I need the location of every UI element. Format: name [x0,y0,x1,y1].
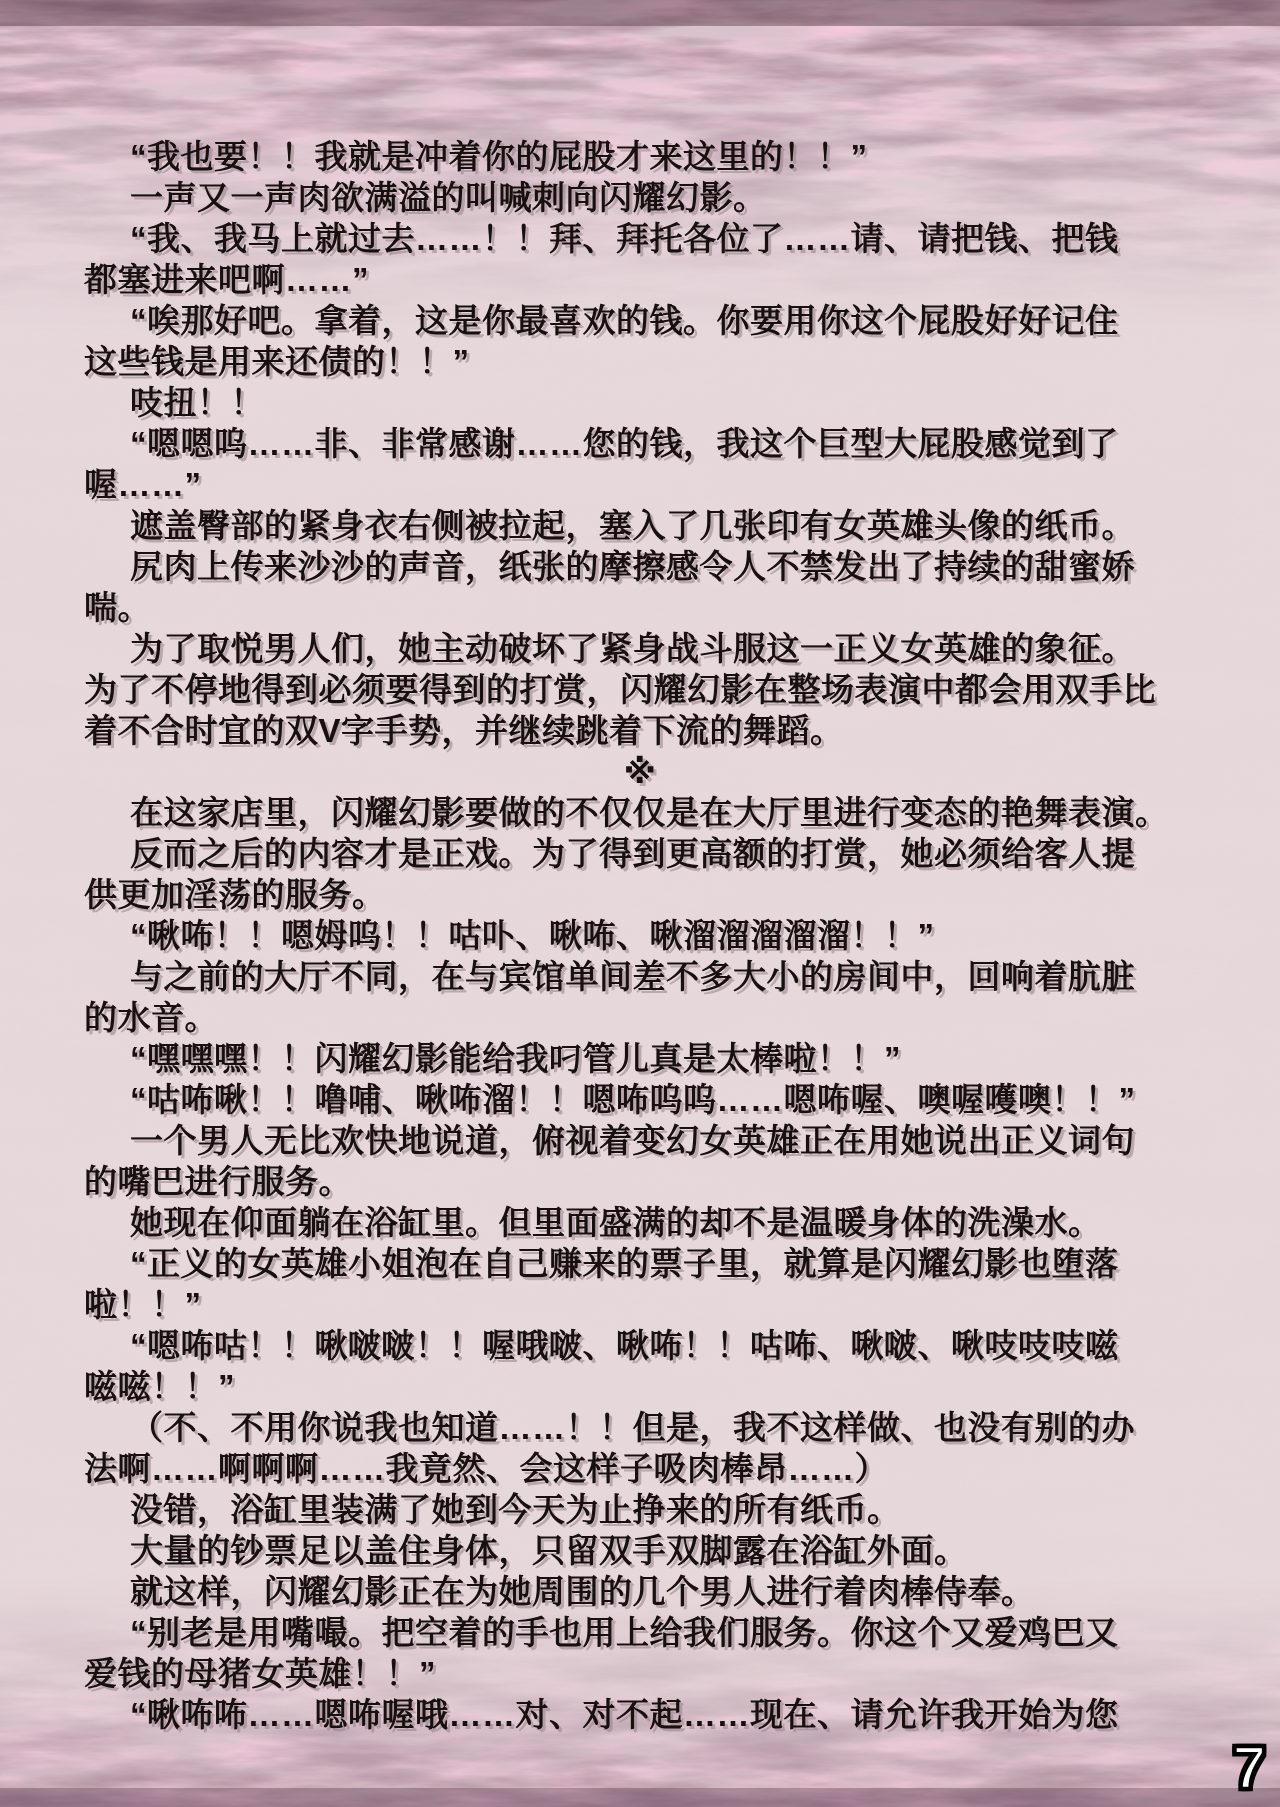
text-line: 吱扭！！ [84,382,1196,423]
page: “我也要！！我就是冲着你的屁股才来这里的！！”一声又一声肉欲满溢的叫喊刺向闪耀幻… [0,0,1280,1807]
text-line: 嗞嗞！！” [84,1366,1196,1407]
text-line: 的水音。 [84,997,1196,1038]
text-line: 法啊……啊啊啊……我竟然、会这样子吸肉棒昂……） [84,1448,1196,1489]
text-line: 没错，浴缸里装满了她到今天为止挣来的所有纸币。 [84,1489,1196,1530]
text-line: “唉那好吧。拿着，这是你最喜欢的钱。你要用你这个屁股好好记住 [84,300,1196,341]
text-line: “正义的女英雄小姐泡在自己赚来的票子里，就算是闪耀幻影也堕落 [84,1243,1196,1284]
text-line: “啾咘咘……嗯咘喔哦……对、对不起……现在、请允许我开始为您 [84,1694,1196,1735]
text-line: 这些钱是用来还债的！！” [84,341,1196,382]
text-line: （不、不用你说我也知道……！！但是，我不这样做、也没有别的办 [84,1407,1196,1448]
text-line: 尻肉上传来沙沙的声音，纸张的摩擦感令人不禁发出了持续的甜蜜娇 [84,546,1196,587]
text-line: “嗯嗯呜……非、非常感谢……您的钱，我这个巨型大屁股感觉到了 [84,423,1196,464]
story-text: “我也要！！我就是冲着你的屁股才来这里的！！”一声又一声肉欲满溢的叫喊刺向闪耀幻… [84,136,1196,1735]
text-line: 的嘴巴进行服务。 [84,1161,1196,1202]
text-line: “嘿嘿嘿！！闪耀幻影能给我叼管儿真是太棒啦！！” [84,1038,1196,1079]
text-line: “我、我马上就过去……！！拜、拜托各位了……请、请把钱、把钱 [84,218,1196,259]
text-line: 在这家店里，闪耀幻影要做的不仅仅是在大厅里进行变态的艳舞表演。 [84,792,1196,833]
text-line: 着不合时宜的双V字手势，并继续跳着下流的舞蹈。 [84,710,1196,751]
text-line: 与之前的大厅不同，在与宾馆单间差不多大小的房间中，回响着肮脏 [84,956,1196,997]
text-line: “我也要！！我就是冲着你的屁股才来这里的！！” [84,136,1196,177]
text-line: “咕咘啾！！噜哺、啾咘溜！！嗯咘呜呜……嗯咘喔、噢喔嚄噢！！” [84,1079,1196,1120]
text-line: 喘。 [84,587,1196,628]
text-line: 爱钱的母猪女英雄！！” [84,1653,1196,1694]
text-line: 都塞进来吧啊……” [84,259,1196,300]
text-line: “别老是用嘴嘬。把空着的手也用上给我们服务。你这个又爱鸡巴又 [84,1612,1196,1653]
text-line: “嗯咘咕！！啾啵啵！！喔哦啵、啾咘！！咕咘、啾啵、啾吱吱吱嗞 [84,1325,1196,1366]
text-line: 啦！！” [84,1284,1196,1325]
text-line: 供更加淫荡的服务。 [84,874,1196,915]
text-line: 为了取悦男人们，她主动破坏了紧身战斗服这一正义女英雄的象征。 [84,628,1196,669]
text-line: 就这样，闪耀幻影正在为她周围的几个男人进行着肉棒侍奉。 [84,1571,1196,1612]
text-line: 她现在仰面躺在浴缸里。但里面盛满的却不是温暖身体的洗澡水。 [84,1202,1196,1243]
text-line: 为了不停地得到必须要得到的打赏，闪耀幻影在整场表演中都会用双手比 [84,669,1196,710]
text-line: 遮盖臀部的紧身衣右侧被拉起，塞入了几张印有女英雄头像的纸币。 [84,505,1196,546]
text-line: “啾咘！！嗯姆呜！！咕卟、啾咘、啾溜溜溜溜溜！！” [84,915,1196,956]
text-line: 大量的钞票足以盖住身体，只留双手双脚露在浴缸外面。 [84,1530,1196,1571]
page-number: 7 [1233,1733,1266,1802]
text-line: 一声又一声肉欲满溢的叫喊刺向闪耀幻影。 [84,177,1196,218]
text-line: 一个男人无比欢快地说道，俯视着变幻女英雄正在用她说出正义词句 [84,1120,1196,1161]
text-line: 反而之后的内容才是正戏。为了得到更高额的打赏，她必须给客人提 [84,833,1196,874]
section-divider: ※ [84,751,1196,792]
text-line: 喔……” [84,464,1196,505]
